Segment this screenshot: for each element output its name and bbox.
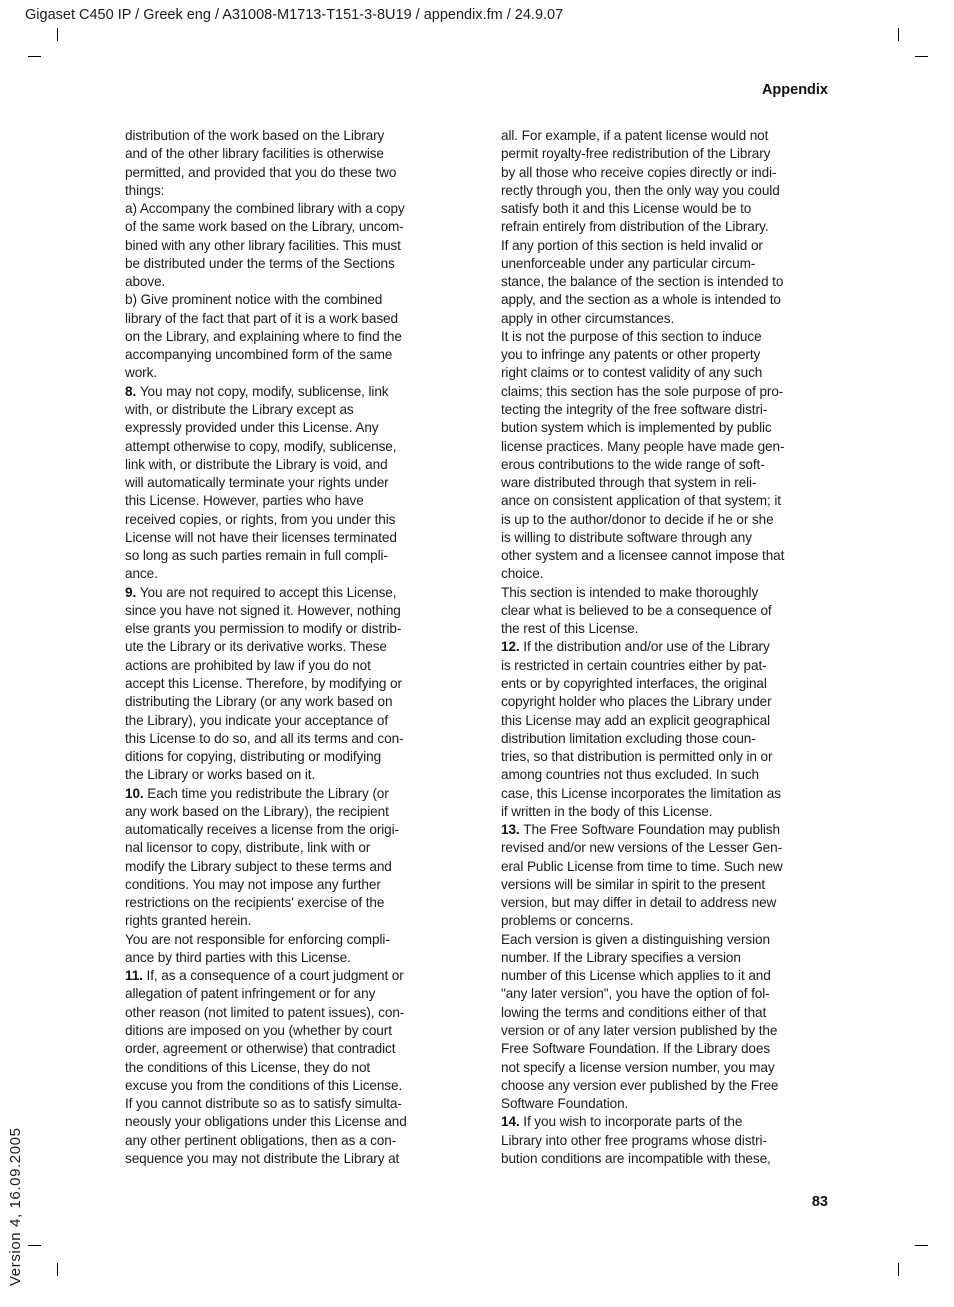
text-line: since you have not signed it. However, n… [125, 602, 454, 620]
text-line: distribution limitation excluding those … [501, 730, 830, 748]
text-line: refrain entirely from distribution of th… [501, 218, 830, 236]
text-line: will automatically terminate your rights… [125, 474, 454, 492]
crop-mark-bottom-right-vertical [898, 1263, 899, 1276]
text-line: right claims or to contest validity of a… [501, 364, 830, 382]
text-line: actions are prohibited by law if you do … [125, 657, 454, 675]
clause-number: 13. [501, 822, 523, 837]
text-line: license practices. Many people have made… [501, 438, 830, 456]
text-line: permit royalty-free redistribution of th… [501, 145, 830, 163]
text-line: 11. If, as a consequence of a court judg… [125, 967, 454, 985]
clause-number: 12. [501, 639, 523, 654]
text-line: This section is intended to make thoroug… [501, 584, 830, 602]
text-line: version, but may differ in detail to add… [501, 894, 830, 912]
text-line: is up to the author/donor to decide if h… [501, 511, 830, 529]
text-line: all. For example, if a patent license wo… [501, 127, 830, 145]
text-line: be distributed under the terms of the Se… [125, 255, 454, 273]
text-line: any other pertinent obligations, then as… [125, 1132, 454, 1150]
clause-number: 8. [125, 384, 140, 399]
license-paragraph: If any portion of this section is held i… [501, 237, 830, 328]
text-line: satisfy both it and this License would b… [501, 200, 830, 218]
text-line: lowing the terms and conditions either o… [501, 1004, 830, 1022]
text-line: choice. [501, 565, 830, 583]
text-line: the rest of this License. [501, 620, 830, 638]
text-line: rectly through you, then the only way yo… [501, 182, 830, 200]
text-line: versions will be similar in spirit to th… [501, 876, 830, 894]
text-line: with, or distribute the Library except a… [125, 401, 454, 419]
text-line: Software Foundation. [501, 1095, 830, 1113]
text-line: the Library), you indicate your acceptan… [125, 712, 454, 730]
text-line: 12. If the distribution and/or use of th… [501, 638, 830, 656]
text-line: allegation of patent infringement or for… [125, 985, 454, 1003]
text-line: b) Give prominent notice with the combin… [125, 291, 454, 309]
text-line: problems or concerns. [501, 912, 830, 930]
text-line: other reason (not limited to patent issu… [125, 1004, 454, 1022]
text-line: ditions for copying, distributing or mod… [125, 748, 454, 766]
text-line: bution conditions are incompatible with … [501, 1150, 830, 1168]
text-line: among countries not thus excluded. In su… [501, 766, 830, 784]
text-line: not specify a license version number, yo… [501, 1059, 830, 1077]
text-line: expressly provided under this License. A… [125, 419, 454, 437]
text-line: 13. The Free Software Foundation may pub… [501, 821, 830, 839]
license-paragraph: 14. If you wish to incorporate parts of … [501, 1113, 830, 1168]
text-line: accept this License. Therefore, by modif… [125, 675, 454, 693]
text-line: version or of any later version publishe… [501, 1022, 830, 1040]
text-line: distributing the Library (or any work ba… [125, 693, 454, 711]
text-line: link with, or distribute the Library is … [125, 456, 454, 474]
text-line: tecting the integrity of the free softwa… [501, 401, 830, 419]
text-line: 10. Each time you redistribute the Libra… [125, 785, 454, 803]
text-line: modify the Library subject to these term… [125, 858, 454, 876]
license-paragraph: 11. If, as a consequence of a court judg… [125, 967, 454, 1168]
license-paragraph: It is not the purpose of this section to… [501, 328, 830, 584]
text-line: and of the other library facilities is o… [125, 145, 454, 163]
text-line: tries, so that distribution is permitted… [501, 748, 830, 766]
text-line: apply, and the section as a whole is int… [501, 291, 830, 309]
text-line: You are not responsible for enforcing co… [125, 931, 454, 949]
text-line: this License. However, parties who have [125, 492, 454, 510]
text-line: copyright holder who places the Library … [501, 693, 830, 711]
text-line: a) Accompany the combined library with a… [125, 200, 454, 218]
license-text-left-column: distribution of the work based on the Li… [125, 127, 454, 1168]
text-line: other system and a licensee cannot impos… [501, 547, 830, 565]
text-line: so long as such parties remain in full c… [125, 547, 454, 565]
text-line: is restricted in certain countries eithe… [501, 657, 830, 675]
text-line: this License to do so, and all its terms… [125, 730, 454, 748]
text-line: ance. [125, 565, 454, 583]
text-line: the conditions of this License, they do … [125, 1059, 454, 1077]
text-line: is willing to distribute software throug… [501, 529, 830, 547]
license-paragraph: a) Accompany the combined library with a… [125, 200, 454, 291]
text-line: If you cannot distribute so as to satisf… [125, 1095, 454, 1113]
text-line: attempt otherwise to copy, modify, subli… [125, 438, 454, 456]
license-paragraph: 12. If the distribution and/or use of th… [501, 638, 830, 821]
text-line: this License may add an explicit geograp… [501, 712, 830, 730]
text-line: things: [125, 182, 454, 200]
text-line: order, agreement or otherwise) that cont… [125, 1040, 454, 1058]
license-paragraph: You are not responsible for enforcing co… [125, 931, 454, 968]
text-line: unenforceable under any particular circu… [501, 255, 830, 273]
text-line: distribution of the work based on the Li… [125, 127, 454, 145]
text-line: work. [125, 364, 454, 382]
version-sidebar-text: Version 4, 16.09.2005 [7, 1127, 24, 1286]
text-line: number of this License which applies to … [501, 967, 830, 985]
text-line: conditions. You may not impose any furth… [125, 876, 454, 894]
text-line: License will not have their licenses ter… [125, 529, 454, 547]
text-line: If any portion of this section is held i… [501, 237, 830, 255]
text-line: above. [125, 273, 454, 291]
crop-mark-top-left-vertical [57, 28, 58, 41]
document-header: Gigaset C450 IP / Greek eng / A31008-M17… [25, 5, 563, 25]
text-line: claims; this section has the sole purpos… [501, 383, 830, 401]
text-line: 9. You are not required to accept this L… [125, 584, 454, 602]
text-line: received copies, or rights, from you und… [125, 511, 454, 529]
text-line: "any later version", you have the option… [501, 985, 830, 1003]
text-line: if written in the body of this License. [501, 803, 830, 821]
license-paragraph: 8. You may not copy, modify, sublicense,… [125, 383, 454, 584]
text-line: ditions are imposed on you (whether by c… [125, 1022, 454, 1040]
crop-mark-top-right-vertical [898, 28, 899, 41]
text-line: Free Software Foundation. If the Library… [501, 1040, 830, 1058]
crop-mark-bottom-right-horizontal [915, 1245, 928, 1246]
clause-number: 11. [125, 968, 147, 983]
license-text-right-column: all. For example, if a patent license wo… [501, 127, 830, 1168]
text-line: ents or by copyrighted interfaces, the o… [501, 675, 830, 693]
text-line: else grants you permission to modify or … [125, 620, 454, 638]
clause-number: 14. [501, 1114, 523, 1129]
text-line: nal licensor to copy, distribute, link w… [125, 839, 454, 857]
license-paragraph: 13. The Free Software Foundation may pub… [501, 821, 830, 931]
text-line: stance, the balance of the section is in… [501, 273, 830, 291]
text-line: accompanying uncombined form of the same [125, 346, 454, 364]
license-paragraph: 9. You are not required to accept this L… [125, 584, 454, 785]
text-line: library of the fact that part of it is a… [125, 310, 454, 328]
clause-number: 9. [125, 585, 140, 600]
text-line: ute the Library or its derivative works.… [125, 638, 454, 656]
license-paragraph: This section is intended to make thoroug… [501, 584, 830, 639]
text-line: number. If the Library specifies a versi… [501, 949, 830, 967]
text-line: you to infringe any patents or other pro… [501, 346, 830, 364]
text-line: permitted, and provided that you do thes… [125, 164, 454, 182]
license-paragraph: all. For example, if a patent license wo… [501, 127, 830, 237]
manual-page: Gigaset C450 IP / Greek eng / A31008-M17… [0, 0, 954, 1307]
page-number: 83 [812, 1194, 828, 1210]
text-line: neously your obligations under this Lice… [125, 1113, 454, 1131]
clause-number: 10. [125, 786, 147, 801]
license-paragraph: distribution of the work based on the Li… [125, 127, 454, 200]
text-line: revised and/or new versions of the Lesse… [501, 839, 830, 857]
text-line: eral Public License from time to time. S… [501, 858, 830, 876]
section-heading: Appendix [762, 82, 828, 98]
license-paragraph: Each version is given a distinguishing v… [501, 931, 830, 1114]
text-line: automatically receives a license from th… [125, 821, 454, 839]
text-line: excuse you from the conditions of this L… [125, 1077, 454, 1095]
text-line: erous contributions to the wide range of… [501, 456, 830, 474]
text-line: of the same work based on the Library, u… [125, 218, 454, 236]
license-text-body: distribution of the work based on the Li… [125, 127, 830, 1168]
text-line: Library into other free programs whose d… [501, 1132, 830, 1150]
crop-mark-top-left-horizontal [28, 56, 41, 57]
text-line: 8. You may not copy, modify, sublicense,… [125, 383, 454, 401]
text-line: on the Library, and explaining where to … [125, 328, 454, 346]
text-line: bution system which is implemented by pu… [501, 419, 830, 437]
text-line: ance on consistent application of that s… [501, 492, 830, 510]
text-line: rights granted herein. [125, 912, 454, 930]
crop-mark-bottom-left-horizontal [28, 1245, 41, 1246]
crop-mark-top-right-horizontal [915, 56, 928, 57]
text-line: clear what is believed to be a consequen… [501, 602, 830, 620]
text-line: sequence you may not distribute the Libr… [125, 1150, 454, 1168]
text-line: choose any version ever published by the… [501, 1077, 830, 1095]
text-line: by all those who receive copies directly… [501, 164, 830, 182]
text-line: any work based on the Library), the reci… [125, 803, 454, 821]
text-line: bined with any other library facilities.… [125, 237, 454, 255]
text-line: ware distributed through that system in … [501, 474, 830, 492]
license-paragraph: 10. Each time you redistribute the Libra… [125, 785, 454, 931]
text-line: 14. If you wish to incorporate parts of … [501, 1113, 830, 1131]
text-line: case, this License incorporates the limi… [501, 785, 830, 803]
text-line: It is not the purpose of this section to… [501, 328, 830, 346]
license-paragraph: b) Give prominent notice with the combin… [125, 291, 454, 382]
text-line: ance by third parties with this License. [125, 949, 454, 967]
text-line: restrictions on the recipients' exercise… [125, 894, 454, 912]
text-line: apply in other circumstances. [501, 310, 830, 328]
text-line: the Library or works based on it. [125, 766, 454, 784]
text-line: Each version is given a distinguishing v… [501, 931, 830, 949]
crop-mark-bottom-left-vertical [57, 1263, 58, 1276]
